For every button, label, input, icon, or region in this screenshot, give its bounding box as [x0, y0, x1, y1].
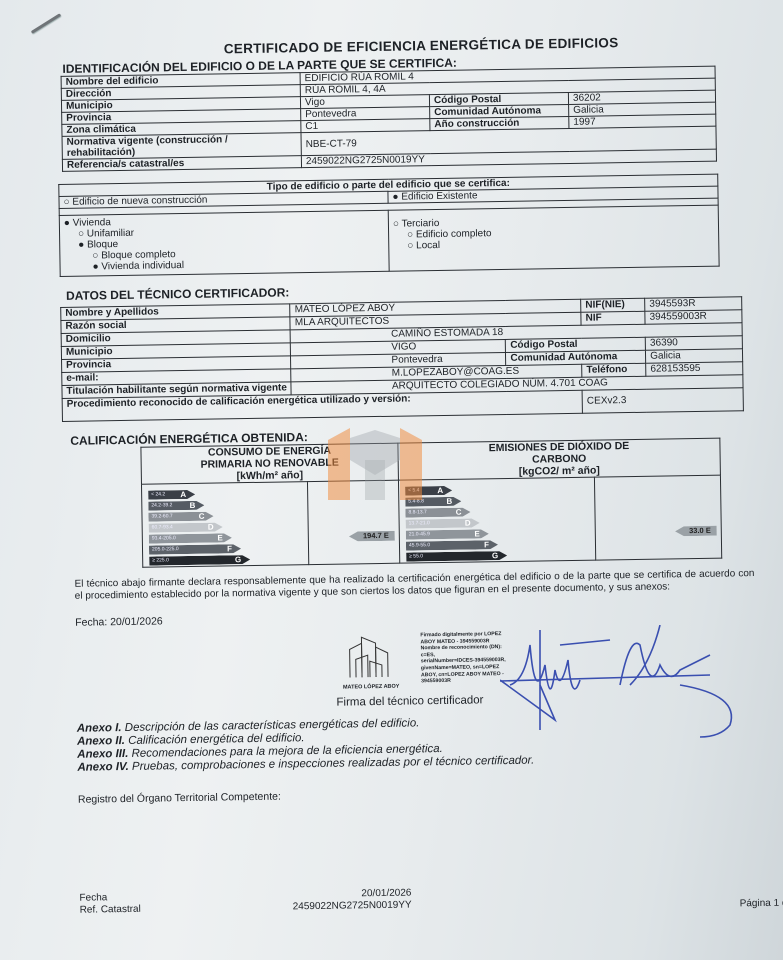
label-telefono: Teléfono [582, 363, 646, 377]
scale-letter: D [465, 519, 471, 528]
building-type-table: Tipo de edificio o parte del edificio qu… [58, 174, 719, 277]
scale-letter: C [456, 508, 462, 517]
page-footer: Fecha Ref. Catastral 20/01/2026 2459022N… [79, 881, 783, 892]
footer-labels: Fecha Ref. Catastral [79, 892, 141, 917]
scale-letter: E [474, 529, 479, 538]
signature-caption: Firma del técnico certificador [336, 694, 483, 708]
label-nif: NIF [581, 311, 645, 325]
scale-letter: D [208, 523, 214, 532]
scale-bar-e: 21.0-45.9E [406, 529, 489, 539]
annex-name: Anexo I. [77, 722, 125, 735]
scale-bar-e: 93.4-205.0E [149, 533, 232, 543]
annex-name: Anexo III. [77, 748, 132, 761]
scale-bar-d: 13.7-21.0D [406, 518, 480, 528]
scale-letter: F [484, 540, 489, 549]
document-photo: CERTIFICADO DE EFICIENCIA ENERGÉTICA DE … [0, 0, 783, 960]
scale-letter: G [235, 555, 241, 564]
scale-bar-c: 39.2-60.7C [148, 512, 213, 522]
footer-ref-label: Ref. Catastral [80, 904, 141, 917]
scale-letter: A [437, 486, 443, 495]
emisiones-header: EMISIONES DE DIÓXIDO DE CARBONO [kgCO2/ … [398, 438, 721, 480]
scale-letter: G [492, 551, 498, 560]
residential-options: ● Vivienda ○ Unifamiliar ● Bloque ○ Bloq… [59, 210, 389, 276]
page-number: Página 1 d [740, 898, 783, 911]
energy-rating-table: CONSUMO DE ENERGÍA PRIMARIA NO RENOVABLE… [140, 438, 722, 568]
emisiones-value-cell: 33.0 E [594, 475, 721, 560]
architect-logo: MATEO LÓPEZ ABOY [341, 633, 400, 691]
staple-mark [31, 13, 61, 34]
scale-letter: B [446, 497, 452, 506]
scale-bar-g: ≥ 225.0G [149, 555, 250, 566]
footer-date-label: Fecha [79, 892, 140, 905]
consumo-rating-marker: 194.7 E [349, 531, 395, 542]
annex-name: Anexo IV. [77, 761, 132, 774]
technician-table: Nombre y ApellidosMATEO LÓPEZ ABOYNIF(NI… [60, 296, 744, 422]
footer-values: 20/01/2026 2459022NG2725N0019YY [271, 888, 411, 914]
scale-letter: A [180, 490, 186, 499]
building-logo-icon [341, 633, 400, 680]
annex-list: Anexo I. Descripción de las característi… [77, 716, 535, 775]
emisiones-rating-marker: 33.0 E [675, 526, 717, 537]
certificate-page: CERTIFICADO DE EFICIENCIA ENERGÉTICA DE … [56, 29, 755, 629]
scale-bar-b: 24.2-39.2B [148, 501, 204, 511]
scale-bar-a: < 24.2A [148, 490, 195, 500]
registry-label: Registro del Órgano Territorial Competen… [78, 791, 281, 806]
scale-bar-g: ≥ 55.0G [406, 551, 507, 562]
logo-name: MATEO LÓPEZ ABOY [342, 684, 400, 691]
scale-letter: C [199, 512, 205, 521]
scale-letter: F [227, 544, 232, 553]
consumo-scale-bars: < 24.2A24.2-39.2B39.2-60.7C60.7-93.4D93.… [148, 489, 250, 568]
annex-name: Anexo II. [77, 735, 128, 748]
handwritten-signature-icon [500, 625, 760, 740]
scale-bar-f: 45.9-55.0F [406, 540, 498, 550]
scale-bar-d: 60.7-93.4D [149, 522, 223, 532]
scale-letter: B [189, 501, 195, 510]
consumo-scale: < 24.2A24.2-39.2B39.2-60.7C60.7-93.4D93.… [141, 482, 308, 568]
scale-letter: E [217, 533, 222, 542]
label-nifnie: NIF(NIE) [581, 298, 645, 312]
declaration-text: El técnico abajo firmante declara respon… [74, 568, 754, 603]
watermark-logo-icon [320, 420, 430, 510]
tertiary-options: ○ Terciario ○ Edificio completo ○ Local [388, 205, 719, 271]
value-procedimiento: CEXv2.3 [582, 388, 743, 414]
building-identification-table: Nombre del edificioEDIFICIO RÚA ROMIL 4 … [61, 66, 717, 172]
footer-ref: 2459022NG2725N0019YY [272, 900, 412, 914]
scale-bar-f: 205.0-225.0F [149, 544, 241, 554]
